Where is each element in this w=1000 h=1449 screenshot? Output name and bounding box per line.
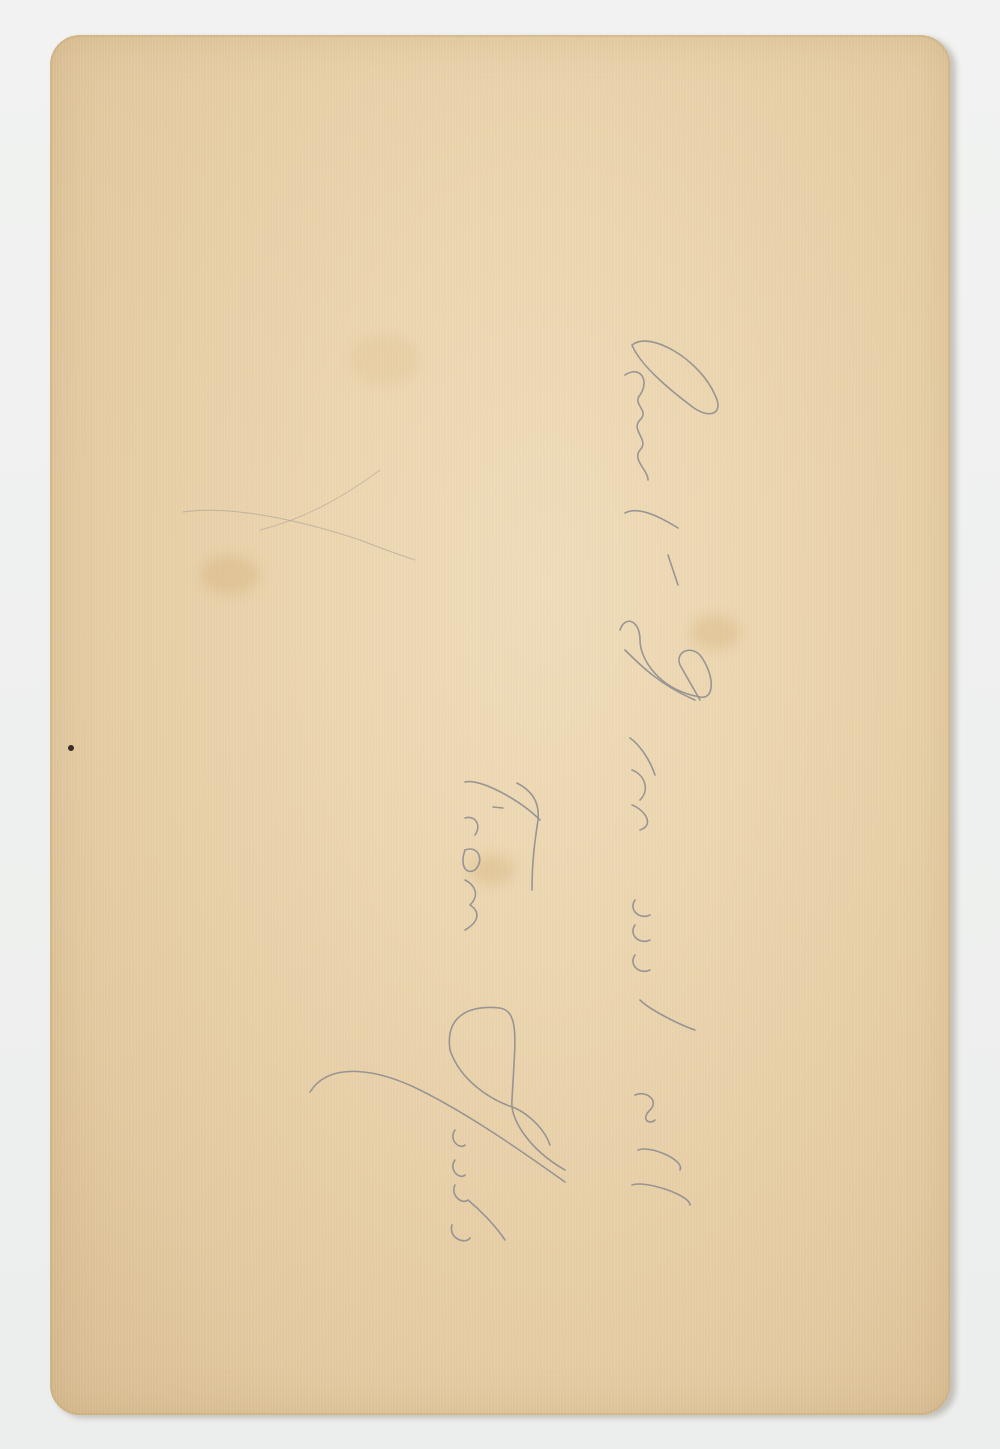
inscription-line-signature: Harold	[437, 1010, 470, 1108]
ink-speck	[68, 745, 74, 751]
inscription-line-recipient: Aunt Dora and all	[667, 340, 700, 591]
foxing-stain	[200, 555, 260, 595]
foxing-stain	[690, 615, 740, 650]
foxing-stain	[350, 335, 420, 385]
inscription-line-from: from	[527, 780, 560, 847]
foxing-stain	[470, 855, 515, 885]
paper-texture	[50, 35, 950, 1415]
cabinet-card-back	[50, 35, 950, 1415]
